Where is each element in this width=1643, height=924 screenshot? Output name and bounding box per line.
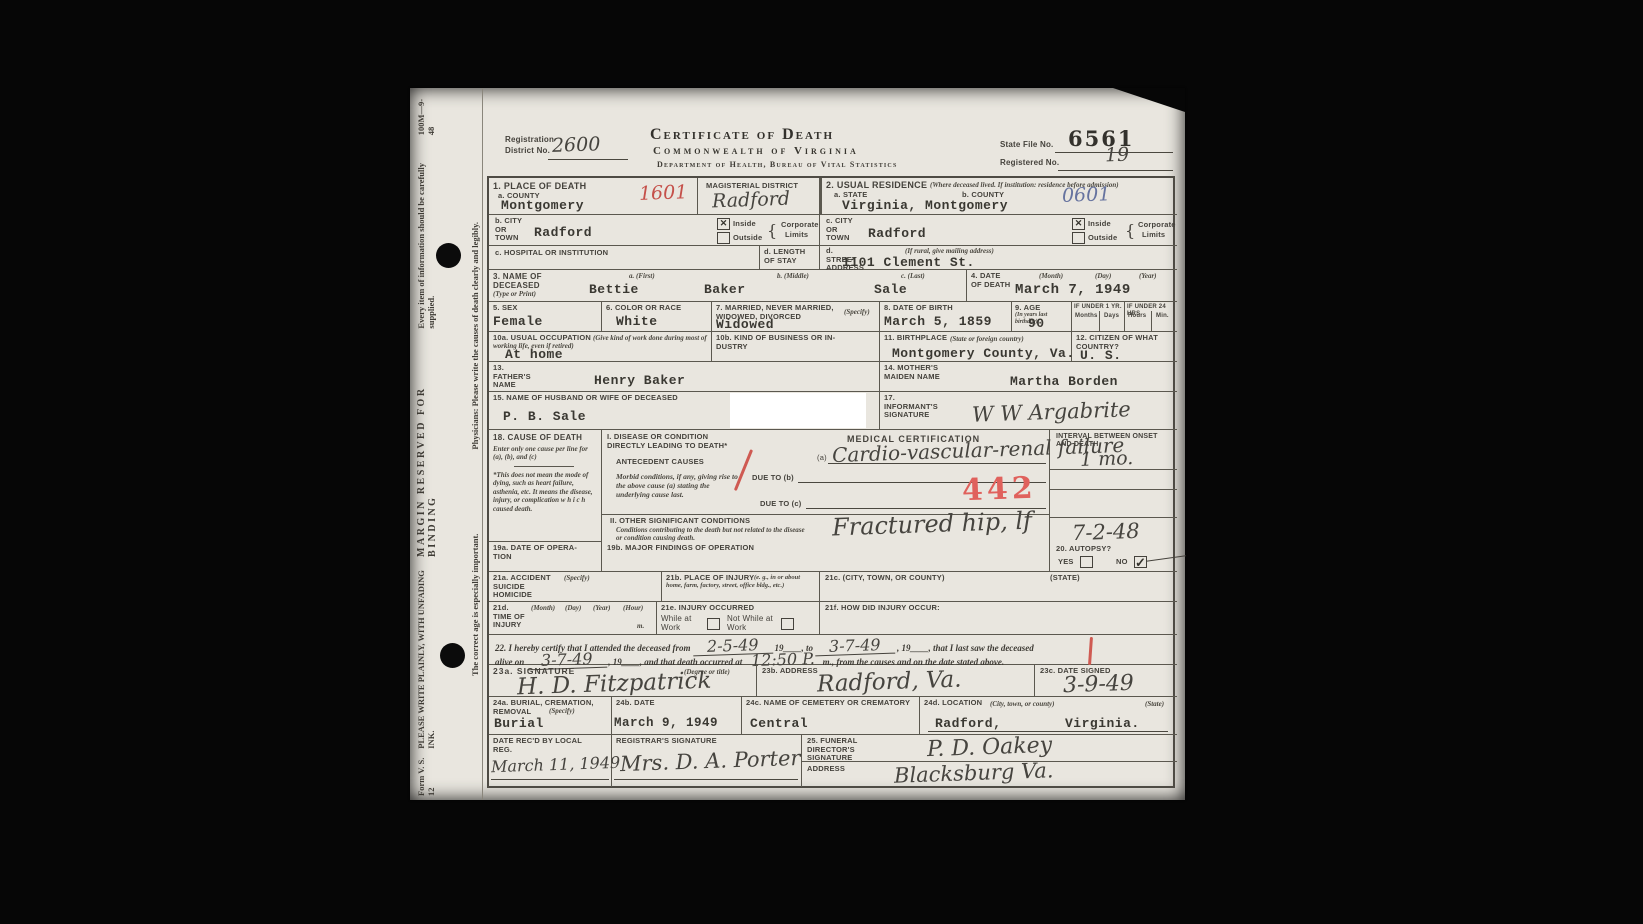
department-title: Department of Health, Bureau of Vital St… xyxy=(657,160,898,169)
registered-no-value: 19 xyxy=(1105,146,1130,166)
funeral-director-label: 25. FUNERAL DIRECTOR'S SIGNATURE xyxy=(807,737,902,763)
cell-under-24hr: IF UNDER 24 HRS. Hours Min. xyxy=(1125,302,1177,332)
color-race-label: 6. COLOR OR RACE xyxy=(606,304,681,313)
margin-divider xyxy=(482,88,483,800)
major-findings-label: 19b. MAJOR FINDINGS OF OPERATION xyxy=(607,544,754,553)
injury-year-label: (Year) xyxy=(593,604,611,612)
father-value: Henry Baker xyxy=(594,374,685,388)
sex-value: Female xyxy=(493,315,543,329)
birthplace-note: (State or foreign country) xyxy=(950,335,1024,343)
injury-month-label: (Month) xyxy=(531,604,555,612)
injury-hour-label: (Hour) xyxy=(623,604,643,612)
cell-injury-occurred: 21e. INJURY OCCURRED While at Work Not W… xyxy=(657,602,820,635)
registrar-label: REGISTRAR'S SIGNATURE xyxy=(616,737,717,746)
date-of-operation-label: 19a. DATE OF OPERA- TION xyxy=(493,544,583,561)
mother-label: 14. MOTHER'S MAIDEN NAME xyxy=(884,364,944,381)
cause-of-death-title: 18. CAUSE OF DEATH xyxy=(493,433,582,442)
street-value: 1101 Clement St. xyxy=(842,256,975,270)
length-of-stay-label: d. LENGTH OF STAY xyxy=(764,248,816,265)
location-value-state: Virginia. xyxy=(1065,717,1140,731)
under-1yr-label: IF UNDER 1 YR. xyxy=(1074,304,1122,311)
brace-2: { xyxy=(1125,221,1135,240)
months-label: Months xyxy=(1075,313,1098,320)
cell-physician-address: 23b. ADDRESS Radford, Va. xyxy=(757,665,1035,697)
hospital-label: c. HOSPITAL OR INSTITUTION xyxy=(495,249,608,258)
torn-corner xyxy=(1113,88,1185,112)
autopsy-yes-checkbox xyxy=(1080,556,1093,568)
antecedent-label: ANTECEDENT CAUSES xyxy=(616,458,704,467)
cell-business: 10b. KIND OF BUSINESS OR IN- DUSTRY xyxy=(712,332,880,362)
while-at-work-label: While at Work xyxy=(661,614,703,632)
every-item-note: Every item of information should be care… xyxy=(416,135,436,328)
city-value-2: Radford xyxy=(868,227,926,241)
interval-line-3 xyxy=(1050,517,1177,518)
inside-label-2: Inside xyxy=(1088,220,1111,229)
cell-burial-type: 24a. BURIAL, CREMATION, REMOVAL (Specify… xyxy=(489,697,612,735)
cell-hospital: c. HOSPITAL OR INSTITUTION xyxy=(489,246,760,270)
location-note: (City, town, or county) xyxy=(990,700,1055,708)
outside-label-2: Outside xyxy=(1088,234,1117,243)
limits-label-1: Limits xyxy=(785,231,808,240)
min-label: Min. xyxy=(1156,313,1169,320)
cell-date-of-operation: 19a. DATE OF OPERA- TION xyxy=(489,542,602,572)
cell-injury-city: 21c. (CITY, TOWN, OR COUNTY) (STATE) xyxy=(820,572,1177,602)
date-received-value: March 11, 1949 xyxy=(491,755,621,775)
registrar-signature: Mrs. D. A. Porter xyxy=(620,748,801,775)
date-received-line xyxy=(491,779,609,780)
state-file-label: State File No. xyxy=(1000,140,1053,149)
date-received-label: DATE REC'D BY LOCAL REG. xyxy=(493,737,598,754)
brace-1: { xyxy=(767,221,777,240)
cell-physician-signature: 23a. SIGNATURE (Degree or title) H. D. F… xyxy=(489,665,757,697)
certificate-form: 1. PLACE OF DEATH a. COUNTY Montgomery 1… xyxy=(487,176,1175,788)
physician-signature: H. D. Fitzpatrick xyxy=(517,670,712,700)
injury-city-label: 21c. (CITY, TOWN, OR COUNTY) xyxy=(825,574,945,583)
middle-name-label: b. (Middle) xyxy=(777,272,809,280)
registered-no-label: Registered No. xyxy=(1000,158,1059,167)
not-while-at-work-label: Not While at Work xyxy=(727,614,775,632)
autopsy-yes-label: YES xyxy=(1058,558,1074,567)
middle-name-value: Baker xyxy=(704,283,746,297)
location-label: 24d. LOCATION xyxy=(924,699,982,708)
registration-district-value: 2600 xyxy=(552,135,601,156)
cell-informant: 17. INFORMANT'S SIGNATURE W W Argabrite xyxy=(880,392,1177,430)
interval-other-value: 7-2-48 xyxy=(1072,521,1140,544)
limits-label-2: Limits xyxy=(1142,231,1165,240)
cell-street-address: d. STREET ADDRESS (If rural, give mailin… xyxy=(820,246,1177,270)
injury-day-label: (Day) xyxy=(565,604,581,612)
inside-checkbox-2: ✕ xyxy=(1072,218,1085,230)
under-1yr-divider xyxy=(1099,311,1100,332)
burial-date-value: March 9, 1949 xyxy=(614,717,718,731)
business-label: 10b. KIND OF BUSINESS OR IN- DUSTRY xyxy=(716,334,866,351)
cemetery-label: 24c. NAME OF CEMETERY OR CREMATORY xyxy=(746,699,910,708)
birth-date-label: 8. DATE OF BIRTH xyxy=(884,304,953,313)
registered-no-line xyxy=(1058,170,1173,171)
cell-major-findings: 19b. MAJOR FINDINGS OF OPERATION xyxy=(602,542,1050,572)
first-name-value: Bettie xyxy=(589,283,639,297)
cell-occupation: 10a. USUAL OCCUPATION (Give kind of work… xyxy=(489,332,712,362)
cell-funeral-director: 25. FUNERAL DIRECTOR'S SIGNATURE P. D. O… xyxy=(802,735,1177,787)
while-at-work-checkbox xyxy=(707,618,720,630)
cause-note-1: Enter only one cause per line for (a), (… xyxy=(493,445,593,462)
last-name-value: Sale xyxy=(874,283,907,297)
physician-address-value: Radford, Va. xyxy=(817,668,962,696)
cell-burial-date: 24b. DATE March 9, 1949 xyxy=(612,697,742,735)
location-state-note: (State) xyxy=(1145,700,1164,708)
cell-date-received: DATE REC'D BY LOCAL REG. March 11, 1949 xyxy=(489,735,612,787)
cell-how-injury-occurred: 21f. HOW DID INJURY OCCUR: xyxy=(820,602,1177,635)
burial-date-label: 24b. DATE xyxy=(616,699,655,708)
code-stamp-442: 442 xyxy=(961,471,1037,509)
under-24hr-divider xyxy=(1151,311,1152,332)
not-while-at-work-checkbox xyxy=(781,618,794,630)
redaction-patch xyxy=(730,393,866,428)
cell-usual-residence: 2. USUAL RESIDENCE (Where deceased lived… xyxy=(820,178,1177,215)
margin-line-outer: Form V. S. 12 PLEASE WRITE PLAINLY, WITH… xyxy=(416,88,438,800)
other-conditions-label: II. OTHER SIGNIFICANT CONDITIONS xyxy=(610,517,750,526)
date-of-death-label: 4. DATE OF DEATH xyxy=(971,272,1013,289)
cell-father: 13. FATHER'S NAME Henry Baker xyxy=(489,362,880,392)
interval-line-1 xyxy=(1050,469,1177,470)
last-name-label: c. (Last) xyxy=(901,272,925,280)
cell-city-1: b. CITY OR TOWN Radford ✕ Inside Outside… xyxy=(489,215,820,246)
cause-note-2: *This does not mean the mode of dying, s… xyxy=(493,471,595,513)
days-label: Days xyxy=(1104,313,1119,320)
injury-m-label: m. xyxy=(637,622,644,630)
due-to-c-label: DUE TO (c) xyxy=(760,500,801,509)
how-injury-label: 21f. HOW DID INJURY OCCUR: xyxy=(825,604,940,613)
sex-label: 5. SEX xyxy=(493,304,518,313)
residence-code-blue: 0601 xyxy=(1062,185,1111,206)
cell-color-race: 6. COLOR OR RACE White xyxy=(602,302,712,332)
cell-cause-of-death-notes: 18. CAUSE OF DEATH Enter only one cause … xyxy=(489,430,602,542)
burial-label: 24a. BURIAL, CREMATION, REMOVAL xyxy=(493,699,603,716)
color-race-value: White xyxy=(616,315,658,329)
funeral-address-value: Blacksburg Va. xyxy=(894,760,1054,787)
cell-accident-suicide: 21a. ACCIDENT SUICIDE HOMICIDE (Specify) xyxy=(489,572,662,602)
cause-a-line xyxy=(828,463,1046,464)
form-number: Form V. S. 12 xyxy=(416,749,436,796)
state-county-value: Virginia, Montgomery xyxy=(842,199,1008,213)
cell-cemetery-location: 24d. LOCATION (City, town, or county) (S… xyxy=(920,697,1177,735)
marital-specify-note: (Specify) xyxy=(844,308,870,316)
interval-a-value: 1 mo. xyxy=(1080,449,1134,470)
cell-cemetery: 24c. NAME OF CEMETERY OR CREMATORY Centr… xyxy=(742,697,920,735)
inside-label-1: Inside xyxy=(733,220,756,229)
usual-residence-note: (Where deceased lived. If institution: r… xyxy=(930,181,1175,189)
cell-certify-statement: 22. I hereby certify that I attended the… xyxy=(489,635,1177,665)
marital-value: Widowed xyxy=(716,318,774,332)
registration-label: Registration xyxy=(505,135,554,144)
cell-age: 9. AGE (In years last birthday) 90 xyxy=(1012,302,1072,332)
cemetery-value: Central xyxy=(750,717,808,731)
margin-binding-note: MARGIN RESERVED FOR BINDING xyxy=(416,329,438,557)
outside-checkbox-1 xyxy=(717,232,730,244)
type-or-print-note: (Type or Print) xyxy=(493,290,536,298)
autopsy-label: 20. AUTOPSY? xyxy=(1056,545,1111,554)
city-label-2: c. CITY OR TOWN xyxy=(826,217,860,243)
cell-time-of-injury: 21d. TIME OF INJURY (Month) (Day) (Year)… xyxy=(489,602,657,635)
cell-date-of-death: 4. DATE OF DEATH (Month) (Day) (Year) Ma… xyxy=(967,270,1177,302)
spouse-label: 15. NAME OF HUSBAND OR WIFE OF DECEASED xyxy=(493,394,678,403)
other-conditions-note: Conditions contributing to the death but… xyxy=(616,526,806,543)
inside-checkbox-1: ✕ xyxy=(717,218,730,230)
morbid-note: Morbid conditions, if any, giving rise t… xyxy=(616,472,744,499)
informant-label: 17. INFORMANT'S SIGNATURE xyxy=(884,394,950,420)
corporate-label-1: Corporate xyxy=(781,221,819,230)
death-year-label: (Year) xyxy=(1139,272,1157,280)
city-label-1: b. CITY OR TOWN xyxy=(495,217,529,243)
death-month-label: (Month) xyxy=(1039,272,1063,280)
injury-state-label: (STATE) xyxy=(1050,574,1080,583)
magisterial-value: Radford xyxy=(712,190,791,212)
cell-date-signed: 23c. DATE SIGNED 3-9-49 xyxy=(1035,665,1177,697)
disease-condition-label: I. DISEASE OR CONDITION DIRECTLY LEADING… xyxy=(607,433,737,450)
cause-note-divider xyxy=(514,466,574,467)
city-value-1: Radford xyxy=(534,226,592,240)
cell-mother: 14. MOTHER'S MAIDEN NAME Martha Borden xyxy=(880,362,1177,392)
date-signed-value: 3-9-49 xyxy=(1063,673,1135,697)
cell-place-of-injury: 21b. PLACE OF INJURY (e. g., in or about… xyxy=(662,572,820,602)
cell-autopsy: 20. AUTOPSY? YES NO ✓ xyxy=(1050,542,1177,572)
birthplace-value: Montgomery County, Va. xyxy=(892,347,1075,361)
place-of-death-title: 1. PLACE OF DEATH xyxy=(493,181,586,191)
autopsy-no-label: NO xyxy=(1116,558,1128,567)
autopsy-no-checkbox: ✓ xyxy=(1134,556,1147,568)
birthplace-label: 11. BIRTHPLACE xyxy=(884,334,947,343)
time-of-injury-label: 21d. TIME OF INJURY xyxy=(493,604,525,630)
cause-a-prefix: (a) xyxy=(817,454,827,463)
injury-occurred-label: 21e. INJURY OCCURRED xyxy=(661,604,754,613)
correct-age-note: The correct age is especially important. xyxy=(470,534,480,676)
burial-specify-note: (Specify) xyxy=(549,707,575,715)
cell-sex: 5. SEX Female xyxy=(489,302,602,332)
district-no-label: District No. xyxy=(505,146,550,155)
cell-length-of-stay: d. LENGTH OF STAY xyxy=(760,246,820,270)
outside-checkbox-2 xyxy=(1072,232,1085,244)
cell-under-1yr: IF UNDER 1 YR. Months Days xyxy=(1072,302,1125,332)
age-value: 90 xyxy=(1028,317,1045,331)
interval-label: INTERVAL BETWEEN ONSET AND DEATH xyxy=(1056,433,1166,449)
red-tick-mark xyxy=(1088,637,1092,665)
outside-label-1: Outside xyxy=(733,234,762,243)
accident-label: 21a. ACCIDENT SUICIDE HOMICIDE xyxy=(493,574,553,600)
physician-address-label: 23b. ADDRESS xyxy=(762,667,818,676)
other-conditions-value: Fractured hip, lf xyxy=(832,509,1033,540)
informant-signature: W W Argabrite xyxy=(972,399,1131,426)
physicians-note: Physicians: Please write the causes of d… xyxy=(470,222,480,450)
cell-medical-certification: MEDICAL CERTIFICATION I. DISEASE OR COND… xyxy=(602,430,1050,542)
cell-citizen: 12. CITIZEN OF WHAT COUNTRY? U. S. xyxy=(1072,332,1177,362)
location-line xyxy=(928,731,1168,732)
location-value-city: Radford, xyxy=(935,717,1001,731)
hours-label: Hours xyxy=(1128,313,1146,320)
interval-line-2 xyxy=(1050,489,1177,490)
cell-city-2: c. CITY OR TOWN Radford ✕ Inside Outside… xyxy=(820,215,1177,246)
name-of-deceased-title: 3. NAME OF DECEASED xyxy=(493,272,571,290)
write-plainly-note: PLEASE WRITE PLAINLY, WITH UNFADING INK. xyxy=(416,557,436,749)
usual-residence-title: 2. USUAL RESIDENCE xyxy=(826,180,927,190)
binding-margin: Form V. S. 12 PLEASE WRITE PLAINLY, WITH… xyxy=(416,88,480,800)
cell-spouse: 15. NAME OF HUSBAND OR WIFE OF DECEASED … xyxy=(489,392,880,430)
corporate-label-2: Corporate xyxy=(1138,221,1176,230)
mother-value: Martha Borden xyxy=(1010,375,1118,389)
date-of-death-value: March 7, 1949 xyxy=(1015,283,1131,298)
scanned-death-certificate-viewer: { "margin": { "form_number": "Form V. S.… xyxy=(0,0,1643,924)
due-to-b-label: DUE TO (b) xyxy=(752,474,794,483)
father-label: 13. FATHER'S NAME xyxy=(493,364,539,390)
cell-registrar: REGISTRAR'S SIGNATURE Mrs. D. A. Porter xyxy=(612,735,802,787)
birth-date-value: March 5, 1859 xyxy=(884,315,992,329)
print-code: 100M—9-48 xyxy=(416,92,436,135)
place-of-injury-note: (e. g., in or about home, farm, factory,… xyxy=(666,574,816,590)
cell-date-of-birth: 8. DATE OF BIRTH March 5, 1859 xyxy=(880,302,1012,332)
funeral-director-signature: P. D. Oakey xyxy=(927,735,1053,761)
margin-line-inner: The correct age is especially important.… xyxy=(470,88,480,800)
cell-marital-status: 7. MARRIED, NEVER MARRIED, WIDOWED, DIVO… xyxy=(712,302,880,332)
cell-interval: INTERVAL BETWEEN ONSET AND DEATH 1 mo. 7… xyxy=(1050,430,1177,542)
first-name-label: a. (First) xyxy=(629,272,655,280)
cell-name-of-deceased: 3. NAME OF DECEASED (Type or Print) a. (… xyxy=(489,270,967,302)
occupation-value: At home xyxy=(505,348,563,362)
registrar-line xyxy=(614,779,798,780)
funeral-address-label: ADDRESS xyxy=(807,765,845,774)
spouse-value: P. B. Sale xyxy=(503,410,586,424)
commonwealth-title: Commonwealth of Virginia xyxy=(653,145,859,157)
cell-birthplace: 11. BIRTHPLACE (State or foreign country… xyxy=(880,332,1072,362)
autopsy-check-tail xyxy=(1146,555,1186,562)
cell-magisterial-district: MAGISTERIAL DISTRICT Radford xyxy=(697,178,820,215)
registration-line xyxy=(548,159,628,160)
county-value-1: Montgomery xyxy=(501,199,584,213)
death-day-label: (Day) xyxy=(1095,272,1111,280)
certificate-title: Certificate of Death xyxy=(650,126,834,144)
burial-value: Burial xyxy=(494,717,544,731)
accident-specify-note: (Specify) xyxy=(564,574,590,582)
district-code-red: 1601 xyxy=(639,183,688,204)
certificate-page: Form V. S. 12 PLEASE WRITE PLAINLY, WITH… xyxy=(410,88,1185,800)
